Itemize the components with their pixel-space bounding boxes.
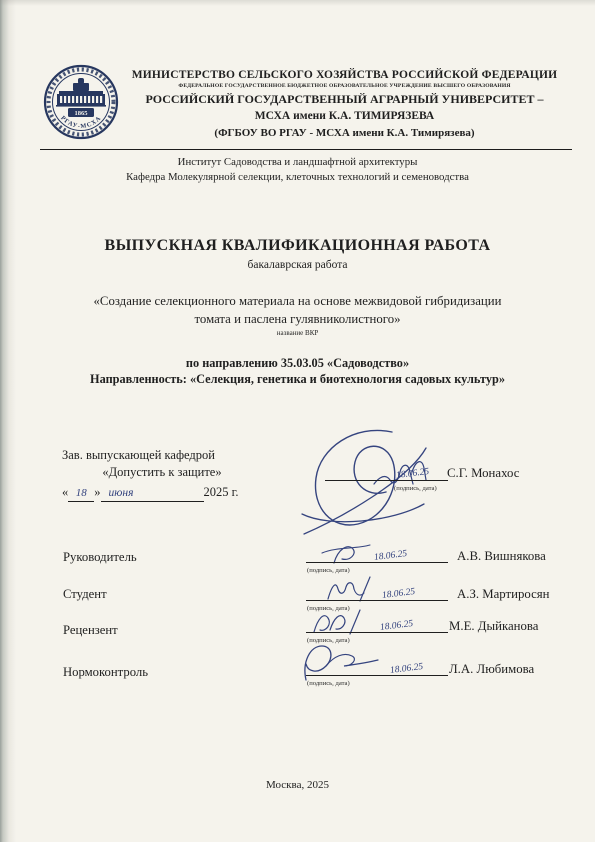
signature-icon xyxy=(300,642,380,682)
signature-icon xyxy=(296,422,471,540)
signature-icon xyxy=(326,575,382,603)
seal-year: 1865 xyxy=(75,110,89,117)
scanned-thesis-title-page: 1865 РГАУ-МСХА МИНИСТЕРСТВО СЕЛЬСКОГО ХО… xyxy=(0,0,595,842)
head-signature-line xyxy=(325,480,448,481)
supervisor-sign-caption: (подпись, дата) xyxy=(307,567,350,574)
direction-line: по направлению 35.03.05 «Садоводство» xyxy=(0,356,595,371)
norm-control-signature-scribble xyxy=(300,642,380,682)
supervisor-name: А.В. Вишнякова xyxy=(457,549,546,564)
approval-date-line: «18»июня2025 г. xyxy=(62,484,262,503)
norm-control-name: Л.А. Любимова xyxy=(449,662,534,677)
reviewer-sign-date: 18.06.25 xyxy=(380,619,414,633)
ministry-line: МИНИСТЕРСТВО СЕЛЬСКОГО ХОЗЯЙСТВА РОССИЙС… xyxy=(108,68,581,82)
head-of-department-label: Зав. выпускающей кафедрой xyxy=(62,447,262,464)
approval-block: Зав. выпускающей кафедрой «Допустить к з… xyxy=(62,447,262,502)
student-signature-scribble xyxy=(326,575,382,603)
department-line: Кафедра Молекулярной селекции, клеточных… xyxy=(0,171,595,183)
handwritten-day: 18 xyxy=(68,486,94,502)
city-year-footer: Москва, 2025 xyxy=(0,779,595,791)
university-line-1: РОССИЙСКИЙ ГОСУДАРСТВЕННЫЙ АГРАРНЫЙ УНИВ… xyxy=(108,92,581,107)
head-sign-caption: (подпись, дата) xyxy=(394,485,437,492)
university-short-name: (ФГБОУ ВО РГАУ - МСХА имени К.А. Тимиряз… xyxy=(108,127,581,141)
role-label-reviewer: Рецензент xyxy=(63,623,118,638)
reviewer-name: М.Е. Дыйканова xyxy=(449,619,538,634)
student-signature-line xyxy=(306,600,448,601)
thesis-title-line-2: томата и паслена гулявниколистного» xyxy=(0,312,595,327)
thesis-title-line-1: «Создание селекционного материала на осн… xyxy=(0,294,595,309)
role-label-norm-control: Нормоконтроль xyxy=(63,665,148,680)
year-suffix: 2025 г. xyxy=(204,485,239,499)
building-glyph xyxy=(56,78,106,107)
header-divider xyxy=(40,149,572,150)
thesis-title-caption: название ВКР xyxy=(0,329,595,337)
student-name: А.З. Мартиросян xyxy=(457,587,550,602)
profile-line: Направленность: «Селекция, генетика и би… xyxy=(0,372,595,387)
head-name: С.Г. Монахос xyxy=(447,466,519,481)
student-sign-date: 18.06.25 xyxy=(382,587,416,601)
university-line-2: МСХА имени К.А. ТИМИРЯЗЕВА xyxy=(108,109,581,123)
role-label-student: Студент xyxy=(63,587,107,602)
federal-line: ФЕДЕРАЛЬНОЕ ГОСУДАРСТВЕННОЕ БЮДЖЕТНОЕ ОБ… xyxy=(108,83,581,90)
work-type-title: ВЫПУСКНАЯ КВАЛИФИКАЦИОННАЯ РАБОТА xyxy=(0,237,595,255)
norm-control-sign-caption: (подпись, дата) xyxy=(307,680,350,687)
handwritten-month: июня xyxy=(101,486,204,503)
norm-control-signature-line xyxy=(306,675,448,676)
header-block: МИНИСТЕРСТВО СЕЛЬСКОГО ХОЗЯЙСТВА РОССИЙС… xyxy=(108,68,581,140)
reviewer-signature-line xyxy=(306,632,448,633)
admit-to-defense-label: «Допустить к защите» xyxy=(62,464,262,481)
institute-line: Институт Садоводства и ландшафтной архит… xyxy=(0,156,595,168)
supervisor-sign-date: 18.06.25 xyxy=(374,549,408,563)
work-subtype: бакалаврская работа xyxy=(0,259,595,271)
norm-control-sign-date: 18.06.25 xyxy=(390,662,424,676)
role-label-supervisor: Руководитель xyxy=(63,550,137,565)
head-signature-scribble xyxy=(296,422,471,540)
